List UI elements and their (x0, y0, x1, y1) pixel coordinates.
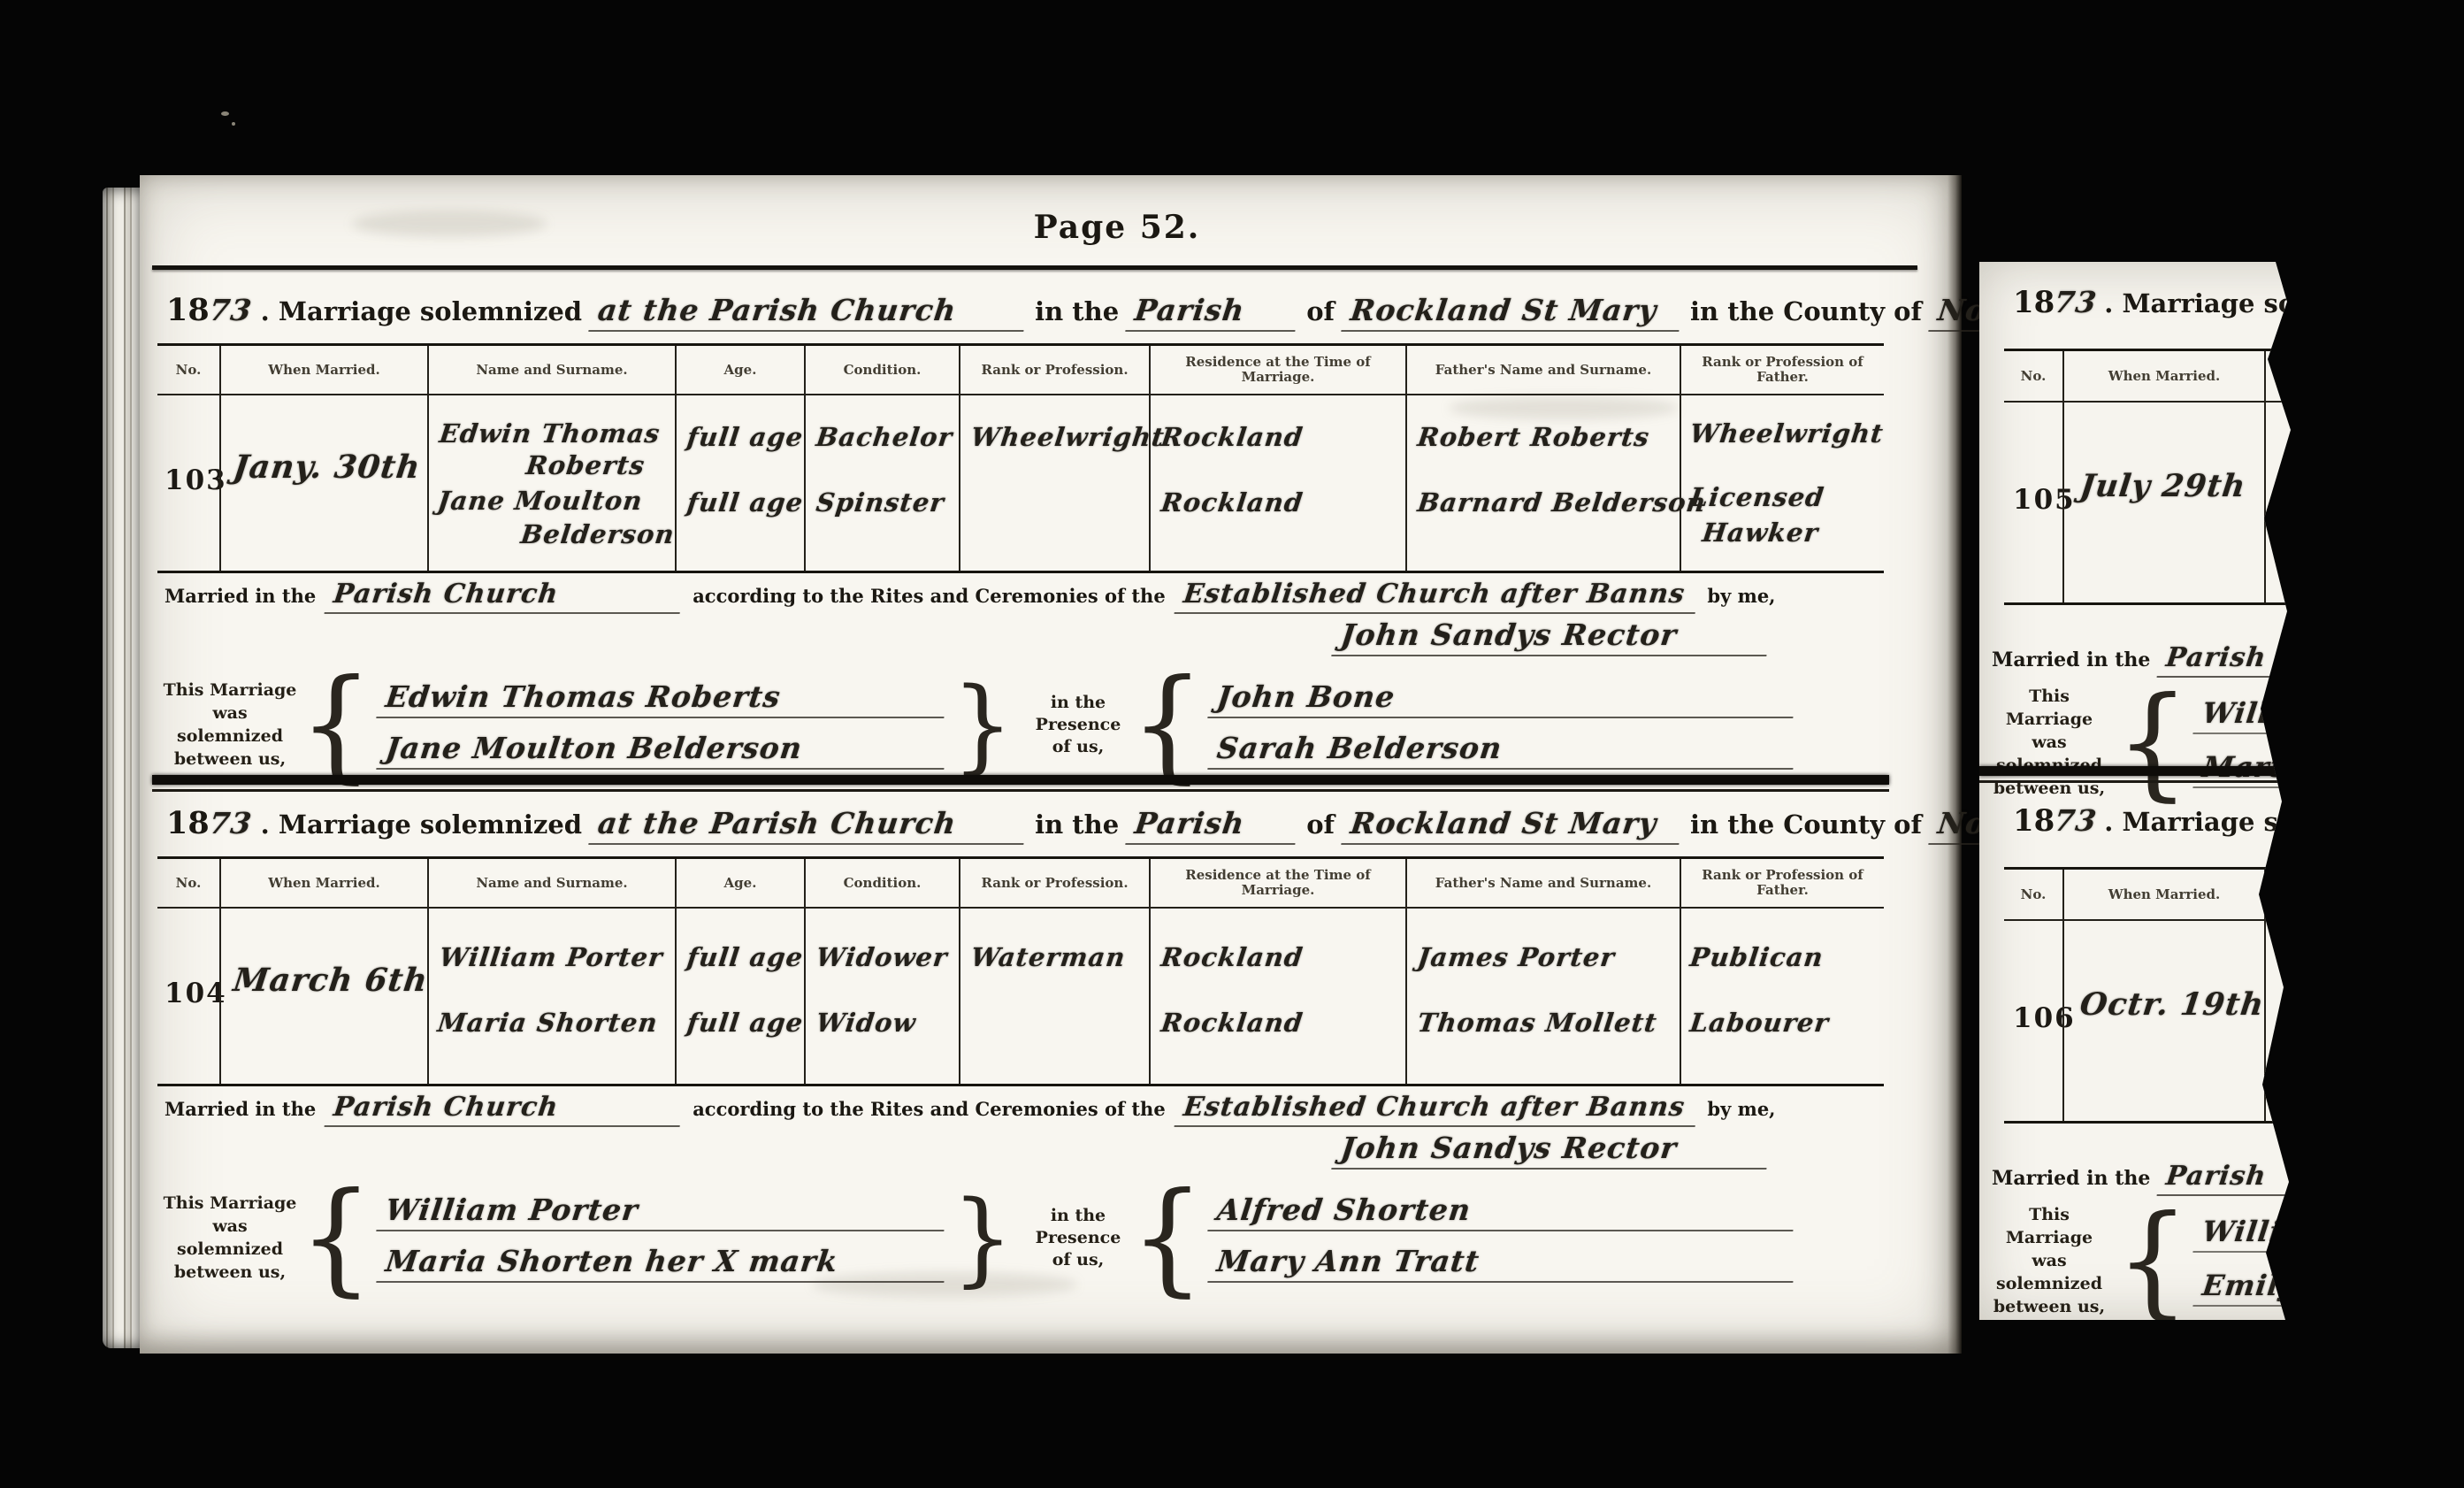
marriage-solemnized-partial: . Marriage sole (2104, 807, 2321, 837)
register-table: No. When Married. Name and Surname. Age.… (157, 856, 1884, 1086)
col-header-condition: Condition. (804, 859, 959, 909)
witness-2-signature: Sarah Belderson (1207, 731, 1797, 770)
presence-label: in the Presence of us, (1026, 692, 1130, 758)
marriage-solemnized-label: . Marriage solemnized (261, 296, 582, 326)
entry-header: 18 73 . Marriage solemnized at the Paris… (166, 292, 1875, 341)
groom-condition: Widower (815, 942, 950, 972)
witness-signatures: John Bone Sarah Belderson (1210, 679, 1795, 770)
rites-handwritten: Established Church after Banns (1174, 1092, 1699, 1127)
married-in-handwritten: Parish Church (325, 579, 685, 614)
cell-names: William Porter Maria Shorten (427, 909, 675, 1084)
year-prefix: 18 (2013, 803, 2055, 839)
bride-name-line1: Jane Moulton (436, 486, 645, 516)
rites-label: according to the Rites and Ceremonies of… (693, 585, 1165, 607)
officiant-name: John Sandys Rector (1331, 617, 1771, 656)
witness-1-signature: John Bone (1207, 679, 1797, 718)
this-marriage-label: This Marriage was solemnized between us, (161, 679, 299, 771)
groom-profession: Waterman (969, 942, 1128, 972)
col-header-no: No. (157, 859, 219, 909)
when-married-value: July 29th (2078, 468, 2247, 504)
col-header-father-rank: Rank or Profession of Father. (1680, 859, 1884, 909)
table-header-row: No. When Married. Name and Surname. Age.… (157, 859, 1884, 909)
by-me-label: by me, (1707, 585, 1775, 607)
col-header-age: Age. (675, 346, 804, 395)
register-scan: { "scan": { "page_label": "Page 52." }, … (0, 0, 2464, 1488)
of-label: of (1894, 809, 1922, 840)
bride-father-profession-line2: Hawker (1701, 518, 1820, 548)
page-number-label: Page 52. (1015, 209, 1219, 246)
cell-residence: Rockland Rockland (1149, 909, 1405, 1084)
groom-father-profession: Publican (1688, 942, 1825, 972)
cell-no: 103 (157, 395, 219, 571)
left-page: Page 52. 18 73 . Marriage solemnized at … (140, 175, 1962, 1354)
cell-no: 104 (157, 909, 219, 1084)
entry-header: 18 73 . Marriage sol (2013, 285, 2305, 320)
cell-age: full age full age (675, 909, 804, 1084)
open-brace: { (1130, 679, 1205, 771)
groom-father: Robert Roberts (1416, 422, 1651, 452)
cell-no: 105 (2004, 403, 2062, 602)
cell-cut (2264, 403, 2464, 602)
cell-father-profession: Publican Labourer (1680, 909, 1884, 1084)
marriage-solemnized-label: . Marriage solemnized (261, 809, 582, 840)
col-header-when-married: When Married. (219, 346, 427, 395)
year-prefix: 18 (2013, 285, 2055, 320)
col-header-father-name: Father's Name and Surname. (1405, 346, 1680, 395)
this-marriage-label: This Marriage was solemnized between us, (1983, 1203, 2116, 1318)
col-header-rank-profession: Rank or Profession. (959, 859, 1149, 909)
church-handwritten: at the Parish Church (588, 806, 1028, 845)
cell-profession: Wheelwright (959, 395, 1149, 571)
register-entry-103: 18 73 . Marriage solemnized at the Paris… (157, 287, 1884, 791)
cell-when-married: July 29th (2062, 403, 2264, 602)
bleed-through-smudge (352, 211, 547, 237)
groom-name-line1: Edwin Thomas (438, 418, 662, 449)
in-the-label: in the (1035, 296, 1119, 326)
signature-block: This Marriage was solemnized between us,… (161, 1175, 1880, 1300)
bride-signature: Jane Moulton Belderson (376, 731, 948, 770)
groom-condition: Bachelor (815, 422, 954, 452)
cell-when-married: March 6th (219, 909, 427, 1084)
church-handwritten: at the Parish Church (588, 293, 1028, 332)
bride-father: Barnard Belderson (1416, 487, 1708, 518)
parish-handwritten: Parish (1126, 806, 1300, 845)
col-header-name-surname: Name and Surname. (427, 859, 675, 909)
married-in-the-label: Married in the (1992, 1167, 2150, 1190)
married-in-the-label: Married in the (165, 1098, 316, 1120)
cell-cut (2264, 921, 2464, 1121)
groom-signature-partial: William (2192, 696, 2402, 734)
bride-father-profession-line1: Licensed (1688, 482, 1826, 512)
spouse-signatures: William Porter Maria Shorten her X mark (379, 1193, 946, 1283)
bride-name-line1: Maria Shorten (436, 1008, 660, 1038)
signature-block: This Marriage was solemnized between us,… (1983, 1203, 2406, 1318)
bride-signature-partial: Emily (2192, 1269, 2402, 1307)
cell-age: full age full age (675, 395, 804, 571)
groom-signature: Edwin Thomas Roberts (376, 679, 948, 718)
entry-separator (1979, 766, 2464, 783)
groom-age: full age (685, 942, 805, 972)
page-fold-shadow (1947, 175, 1962, 1354)
col-header-father-rank: Rank or Profession of Father. (1680, 346, 1884, 395)
cell-condition: Bachelor Spinster (804, 395, 959, 571)
bride-name-line2: Belderson (519, 519, 677, 549)
witness-2-signature: Mary Ann Tratt (1207, 1244, 1797, 1283)
col-header-residence: Residence at the Time of Marriage. (1149, 859, 1405, 909)
in-the-county-label: in the County (1690, 809, 1885, 840)
this-marriage-label: This Marriage was solemnized between us, (161, 1192, 299, 1284)
rites-handwritten: Established Church after Banns (1174, 579, 1699, 614)
year-prefix: 18 (166, 805, 210, 841)
when-married-value: March 6th (231, 962, 430, 999)
close-brace: } (952, 679, 1014, 771)
married-in-handwritten: Parish Church (325, 1092, 685, 1127)
marriage-solemnized-partial: . Marriage sol (2104, 288, 2305, 318)
table-record-row: 104 March 6th William Porter Maria Short… (157, 909, 1884, 1084)
table-record-row: 103 Jany. 30th Edwin Thomas Roberts Jane… (157, 395, 1884, 571)
of-label: of (1894, 296, 1922, 326)
signature-block: This Marriage was solemnized between us,… (161, 662, 1880, 787)
register-table: No. When Married. Name and Surname. Age.… (157, 343, 1884, 573)
officiant-signature: John Sandys Rector (1334, 617, 1769, 656)
year-prefix: 18 (166, 292, 210, 328)
register-entry-105: 18 73 . Marriage sol No. When Married. 1… (1979, 285, 2464, 763)
col-header-cut (2264, 870, 2464, 921)
table-header-row: No. When Married. Name and Surname. Age.… (157, 346, 1884, 395)
page-top-rule (152, 265, 1917, 270)
scan-speck (232, 122, 235, 126)
officiant-name: John Sandys Rector (1331, 1131, 1771, 1170)
col-header-rank-profession: Rank or Profession. (959, 346, 1149, 395)
cell-condition: Widower Widow (804, 909, 959, 1084)
of-label: of (1306, 296, 1335, 326)
of-label: of (1306, 809, 1335, 840)
witness-signatures: Alfred Shorten Mary Ann Tratt (1210, 1193, 1795, 1283)
rites-line: Married in the Parish Church according t… (165, 579, 1877, 614)
year-handwritten: 73 (207, 806, 254, 840)
bride-residence: Rockland (1159, 1008, 1305, 1038)
bride-condition: Widow (815, 1008, 918, 1038)
col-header-when-married: When Married. (2062, 870, 2264, 921)
bride-age: full age (685, 1008, 805, 1038)
col-header-residence: Residence at the Time of Marriage. (1149, 346, 1405, 395)
col-header-age: Age. (675, 859, 804, 909)
register-entry-106: 18 73 . Marriage sole No. When Married. … (1979, 803, 2464, 1320)
cell-when-married: Octr. 19th (2062, 921, 2264, 1121)
cell-when-married: Jany. 30th (219, 395, 427, 571)
register-entry-104: 18 73 . Marriage solemnized at the Paris… (157, 800, 1884, 1304)
cell-names: Edwin Thomas Roberts Jane Moulton Belder… (427, 395, 675, 571)
record-number: 104 (165, 978, 227, 1009)
in-the-label: in the (1035, 809, 1119, 840)
year-handwritten: 73 (207, 293, 254, 327)
by-me-label: by me, (1707, 1098, 1775, 1120)
spouse-signatures: Edwin Thomas Roberts Jane Moulton Belder… (379, 679, 946, 770)
col-header-no: No. (157, 346, 219, 395)
right-page: 18 73 . Marriage sol No. When Married. 1… (1979, 262, 2464, 1320)
when-married-value: Octr. 19th (2078, 986, 2266, 1023)
entry-separator (152, 775, 1889, 792)
entry-header: 18 73 . Marriage solemnized at the Paris… (166, 805, 1875, 855)
groom-name-line2: Roberts (524, 450, 647, 480)
bride-residence: Rockland (1159, 487, 1305, 518)
when-married-value: Jany. 30th (231, 449, 422, 486)
groom-signature: William Porter (376, 1193, 948, 1231)
register-table: No. When Married. 105 July 29th (2004, 349, 2464, 605)
open-brace: { (1130, 1192, 1205, 1285)
col-header-father-name: Father's Name and Surname. (1405, 859, 1680, 909)
spouse-signatures: William Emily (2195, 1215, 2400, 1307)
scan-speck (221, 111, 229, 116)
groom-father-profession: Wheelwright (1688, 418, 1886, 449)
bride-father-profession-line1: Labourer (1688, 1008, 1831, 1038)
open-brace: { (299, 679, 373, 771)
close-brace: } (952, 1192, 1014, 1285)
cell-no: 106 (2004, 921, 2062, 1121)
open-brace: { (299, 1192, 373, 1285)
bride-condition: Spinster (815, 487, 946, 518)
col-header-no: No. (2004, 351, 2062, 403)
groom-profession: Wheelwright (969, 422, 1167, 452)
col-header-condition: Condition. (804, 346, 959, 395)
col-header-when-married: When Married. (219, 859, 427, 909)
cell-father-name: James Porter Thomas Mollett (1405, 909, 1680, 1084)
groom-residence: Rockland (1159, 942, 1305, 972)
bride-signature: Maria Shorten her X mark (376, 1244, 948, 1283)
col-header-no: No. (2004, 870, 2062, 921)
in-the-county-label: in the County (1690, 296, 1885, 326)
cell-residence: Rockland Rockland (1149, 395, 1405, 571)
officiant-signature: John Sandys Rector (1334, 1131, 1769, 1170)
year-handwritten: 73 (2053, 803, 2100, 838)
open-brace: { (2116, 1215, 2190, 1308)
married-in-the-label: Married in the (165, 585, 316, 607)
groom-age: full age (685, 422, 805, 452)
groom-signature-partial: William (2192, 1215, 2402, 1253)
col-header-cut (2264, 351, 2464, 403)
entry-header: 18 73 . Marriage sole (2013, 803, 2322, 839)
bride-father: Thomas Mollett (1416, 1008, 1659, 1038)
place-handwritten: Rockland St Mary (1341, 293, 1683, 332)
book-page-edges (103, 188, 142, 1348)
place-handwritten: Rockland St Mary (1341, 806, 1683, 845)
cell-profession: Waterman (959, 909, 1149, 1084)
record-number: 103 (165, 464, 227, 496)
register-table: No. When Married. 106 Octr. 19th (2004, 867, 2464, 1124)
groom-residence: Rockland (1159, 422, 1305, 452)
witness-1-signature: Alfred Shorten (1207, 1193, 1797, 1231)
rites-label: according to the Rites and Ceremonies of… (693, 1098, 1165, 1120)
col-header-name-surname: Name and Surname. (427, 346, 675, 395)
cell-father-profession: Wheelwright Licensed Hawker (1680, 395, 1884, 571)
presence-label: in the Presence of us, (1026, 1205, 1130, 1271)
bride-age: full age (685, 487, 805, 518)
married-in-the-label: Married in the (1992, 648, 2150, 671)
parish-handwritten: Parish (1126, 293, 1300, 332)
groom-name-line1: William Porter (438, 942, 665, 972)
cell-father-name: Robert Roberts Barnard Belderson (1405, 395, 1680, 571)
groom-father: James Porter (1416, 942, 1617, 972)
col-header-when-married: When Married. (2062, 351, 2264, 403)
year-handwritten: 73 (2053, 285, 2100, 319)
rites-line: Married in the Parish Church according t… (165, 1092, 1877, 1127)
